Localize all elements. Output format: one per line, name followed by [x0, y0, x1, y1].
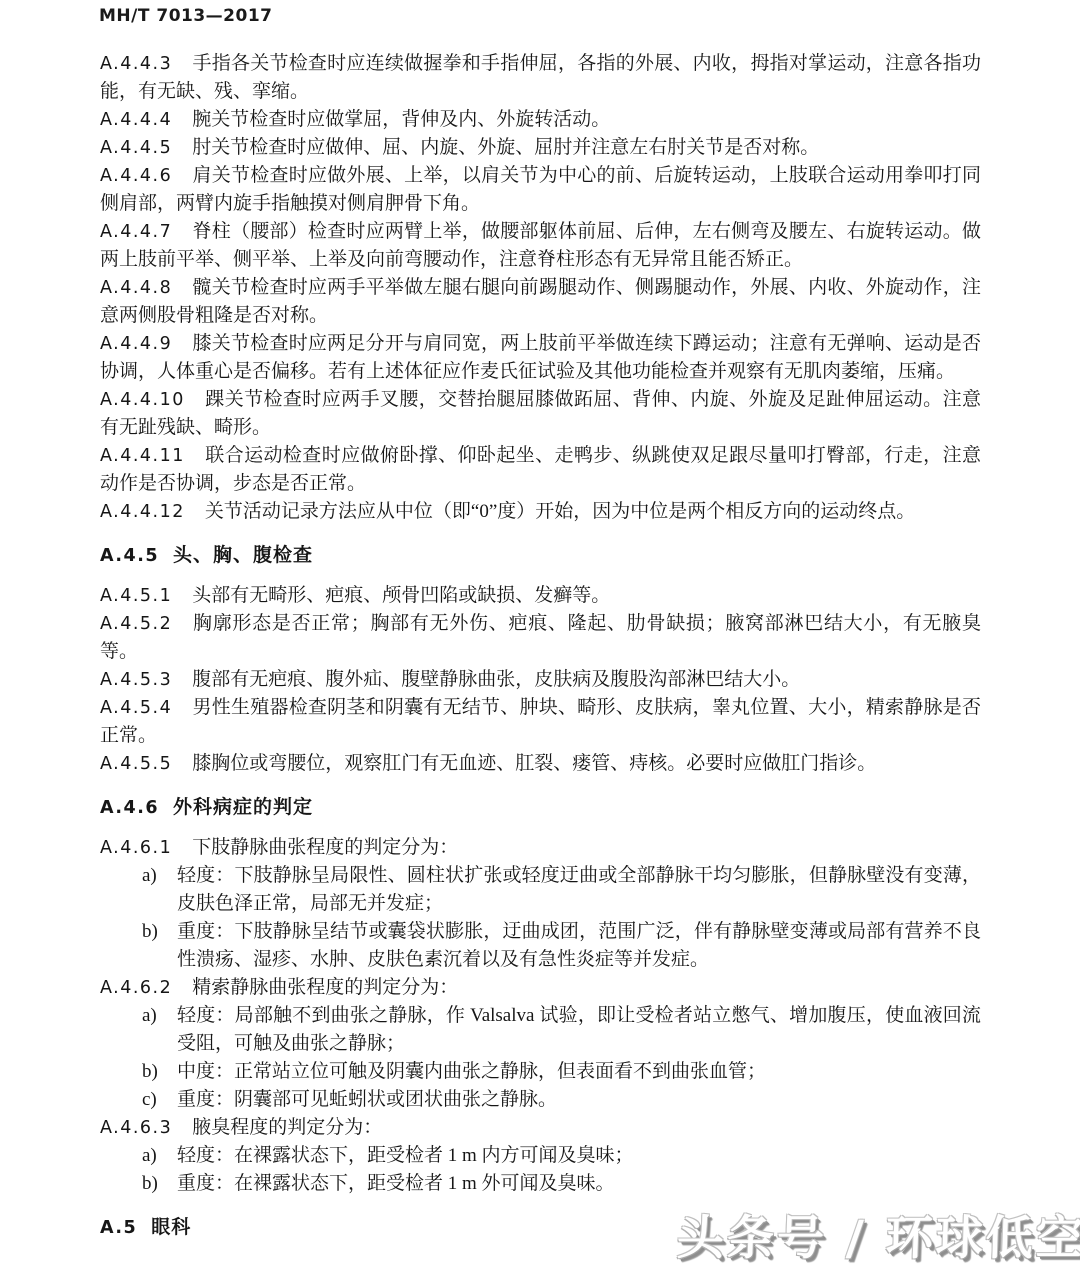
list-item: a)轻度：下肢静脉呈局限性、圆柱状扩张或轻度迂曲或全部静脉干均匀膨胀，但静脉壁没…: [100, 862, 981, 918]
clause-number: A.4.6.3: [100, 1118, 172, 1138]
document-page: MH/T 7013—2017 A.4.4.3手指各关节检查时应连续做握拳和手指伸…: [0, 0, 1080, 1276]
list-item-text: 中度：正常站立位可触及阴囊内曲张之静脉，但表面看不到曲张血管；: [177, 1061, 766, 1082]
section-heading: A.4.5头、胸、腹检查: [100, 541, 981, 570]
clause-paragraph: A.4.5.2胸廓形态是否正常；胸部有无外伤、疤痕、隆起、肋骨缺损；腋窝部淋巴结…: [100, 610, 981, 666]
clause-paragraph: A.4.5.5膝胸位或弯腰位，观察肛门有无血迹、肛裂、瘘管、痔核。必要时应做肛门…: [100, 750, 981, 778]
list-item: b)重度：下肢静脉呈结节或囊袋状膨胀，迂曲成团，范围广泛，伴有静脉壁变薄或局部有…: [100, 918, 981, 974]
clause-text: 脊柱（腰部）检查时应两臂上举，做腰部躯体前屈、后伸，左右侧弯及腰左、右旋转运动。…: [100, 221, 981, 270]
clause-text: 手指各关节检查时应连续做握拳和手指伸屈，各指的外展、内收，拇指对掌运动，注意各指…: [100, 53, 981, 102]
list-item-text: 轻度：下肢静脉呈局限性、圆柱状扩张或轻度迂曲或全部静脉干均匀膨胀，但静脉壁没有变…: [177, 865, 981, 914]
clause-text: 腋臭程度的判定分为：: [192, 1117, 382, 1138]
clause-number: A.4.4.9: [100, 334, 172, 354]
list-item-text: 重度：在裸露状态下，距受检者 1 m 外可闻及臭味。: [177, 1173, 615, 1194]
clause-number: A.4.4.11: [100, 446, 185, 466]
list-item: a)轻度：在裸露状态下，距受检者 1 m 内方可闻及臭味；: [100, 1142, 981, 1170]
clause-text: 精索静脉曲张程度的判定分为：: [192, 977, 458, 998]
list-item: a)轻度：局部触不到曲张之静脉，作 Valsalva 试验，即让受检者站立憋气、…: [100, 1002, 981, 1058]
clause-paragraph: A.4.4.7脊柱（腰部）检查时应两臂上举，做腰部躯体前屈、后伸，左右侧弯及腰左…: [100, 218, 981, 274]
list-item-marker: b): [142, 918, 158, 946]
clause-text: 肘关节检查时应做伸、屈、内旋、外旋、屈肘并注意左右肘关节是否对称。: [192, 137, 819, 158]
clause-number: A.4.4.7: [100, 222, 172, 242]
clause-text: 胸廓形态是否正常；胸部有无外伤、疤痕、隆起、肋骨缺损；腋窝部淋巴结大小，有无腋臭…: [100, 613, 981, 662]
clause-number: A.4.5.1: [100, 586, 172, 606]
list-item: c)重度：阴囊部可见蚯蚓状或团状曲张之静脉。: [100, 1086, 981, 1114]
clause-paragraph: A.4.6.1下肢静脉曲张程度的判定分为：: [100, 834, 981, 862]
clause-paragraph: A.4.4.4腕关节检查时应做掌屈，背伸及内、外旋转活动。: [100, 106, 981, 134]
list-item: b)重度：在裸露状态下，距受检者 1 m 外可闻及臭味。: [100, 1170, 981, 1198]
clause-paragraph: A.4.4.9膝关节检查时应两足分开与肩同宽，两上肢前平举做连续下蹲运动；注意有…: [100, 330, 981, 386]
clause-number: A.4.4.4: [100, 110, 172, 130]
clause-text: 关节活动记录方法应从中位（即“0”度）开始，因为中位是两个相反方向的运动终点。: [205, 501, 915, 522]
clause-paragraph: A.4.4.12关节活动记录方法应从中位（即“0”度）开始，因为中位是两个相反方…: [100, 498, 981, 526]
list-item-marker: a): [142, 862, 157, 890]
clause-number: A.4.5.3: [100, 670, 172, 690]
clause-number: A.4.4.12: [100, 502, 185, 522]
section-title: 外科病症的判定: [173, 796, 313, 818]
clause-text: 膝胸位或弯腰位，观察肛门有无血迹、肛裂、瘘管、痔核。必要时应做肛门指诊。: [192, 753, 876, 774]
clause-number: A.4.5.2: [100, 614, 172, 634]
section-number: A.4.5: [100, 546, 159, 566]
watermark: 头条号 / 环球低空: [676, 1201, 1080, 1268]
list-item-text: 轻度：在裸露状态下，距受检者 1 m 内方可闻及臭味；: [177, 1145, 634, 1166]
section-number: A.4.6: [100, 798, 159, 818]
clause-text: 头部有无畸形、疤痕、颅骨凹陷或缺损、发癣等。: [192, 585, 610, 606]
clause-paragraph: A.4.4.5肘关节检查时应做伸、屈、内旋、外旋、屈肘并注意左右肘关节是否对称。: [100, 134, 981, 162]
list-item-text: 重度：下肢静脉呈结节或囊袋状膨胀，迂曲成团，范围广泛，伴有静脉壁变薄或局部有营养…: [177, 921, 981, 970]
list-item: b)中度：正常站立位可触及阴囊内曲张之静脉，但表面看不到曲张血管；: [100, 1058, 981, 1086]
clause-paragraph: A.4.6.2精索静脉曲张程度的判定分为：: [100, 974, 981, 1002]
standard-number: MH/T 7013—2017: [99, 6, 273, 26]
clause-paragraph: A.4.4.6肩关节检查时应做外展、上举，以肩关节为中心的前、后旋转运动，上肢联…: [100, 162, 981, 218]
clause-paragraph: A.4.5.3腹部有无疤痕、腹外疝、腹壁静脉曲张，皮肤病及腹股沟部淋巴结大小。: [100, 666, 981, 694]
section-heading: A.4.6外科病症的判定: [100, 793, 981, 822]
clause-number: A.4.4.8: [100, 278, 172, 298]
clause-paragraph: A.4.5.4男性生殖器检查阴茎和阴囊有无结节、肿块、畸形、皮肤病，睾丸位置、大…: [100, 694, 981, 750]
clause-text: 腹部有无疤痕、腹外疝、腹壁静脉曲张，皮肤病及腹股沟部淋巴结大小。: [192, 669, 800, 690]
clause-number: A.4.5.4: [100, 698, 172, 718]
clause-number: A.4.4.5: [100, 138, 172, 158]
clause-paragraph: A.4.4.11联合运动检查时应做俯卧撑、仰卧起坐、走鸭步、纵跳使双足跟尽量叩打…: [100, 442, 981, 498]
clause-paragraph: A.4.4.3手指各关节检查时应连续做握拳和手指伸屈，各指的外展、内收，拇指对掌…: [100, 50, 981, 106]
list-item-marker: b): [142, 1058, 158, 1086]
clause-paragraph: A.4.6.3腋臭程度的判定分为：: [100, 1114, 981, 1142]
clause-text: 膝关节检查时应两足分开与肩同宽，两上肢前平举做连续下蹲运动；注意有无弹响、运动是…: [100, 333, 981, 382]
clause-number: A.4.5.5: [100, 754, 172, 774]
document-body: A.4.4.3手指各关节检查时应连续做握拳和手指伸屈，各指的外展、内收，拇指对掌…: [100, 50, 981, 1254]
section-title: 头、胸、腹检查: [173, 544, 313, 566]
clause-paragraph: A.4.5.1头部有无畸形、疤痕、颅骨凹陷或缺损、发癣等。: [100, 582, 981, 610]
clause-number: A.4.4.6: [100, 166, 172, 186]
list-item-marker: a): [142, 1142, 157, 1170]
list-item-text: 重度：阴囊部可见蚯蚓状或团状曲张之静脉。: [177, 1089, 557, 1110]
clause-number: A.4.4.3: [100, 54, 172, 74]
clause-text: 联合运动检查时应做俯卧撑、仰卧起坐、走鸭步、纵跳使双足跟尽量叩打臀部，行走，注意…: [100, 445, 981, 494]
clause-text: 髋关节检查时应两手平举做左腿右腿向前踢腿动作、侧踢腿动作，外展、内收、外旋动作，…: [100, 277, 981, 326]
clause-number: A.4.6.2: [100, 978, 172, 998]
list-item-marker: b): [142, 1170, 158, 1198]
list-item-text: 轻度：局部触不到曲张之静脉，作 Valsalva 试验，即让受检者站立憋气、增加…: [177, 1005, 981, 1054]
clause-paragraph: A.4.4.10踝关节检查时应两手叉腰，交替抬腿屈膝做跖屈、背伸、内旋、外旋及足…: [100, 386, 981, 442]
clause-text: 腕关节检查时应做掌屈，背伸及内、外旋转活动。: [192, 109, 610, 130]
clause-text: 男性生殖器检查阴茎和阴囊有无结节、肿块、畸形、皮肤病，睾丸位置、大小，精索静脉是…: [100, 697, 981, 746]
clause-number: A.4.4.10: [100, 390, 185, 410]
section-title: 眼科: [151, 1216, 191, 1238]
clause-text: 肩关节检查时应做外展、上举，以肩关节为中心的前、后旋转运动，上肢联合运动用拳叩打…: [100, 165, 981, 214]
list-item-marker: c): [142, 1086, 157, 1114]
clause-number: A.4.6.1: [100, 838, 172, 858]
section-number: A.5: [100, 1218, 137, 1238]
clause-text: 下肢静脉曲张程度的判定分为：: [192, 837, 458, 858]
list-item-marker: a): [142, 1002, 157, 1030]
clause-text: 踝关节检查时应两手叉腰，交替抬腿屈膝做跖屈、背伸、内旋、外旋及足趾伸屈运动。注意…: [100, 389, 981, 438]
clause-paragraph: A.4.4.8髋关节检查时应两手平举做左腿右腿向前踢腿动作、侧踢腿动作，外展、内…: [100, 274, 981, 330]
